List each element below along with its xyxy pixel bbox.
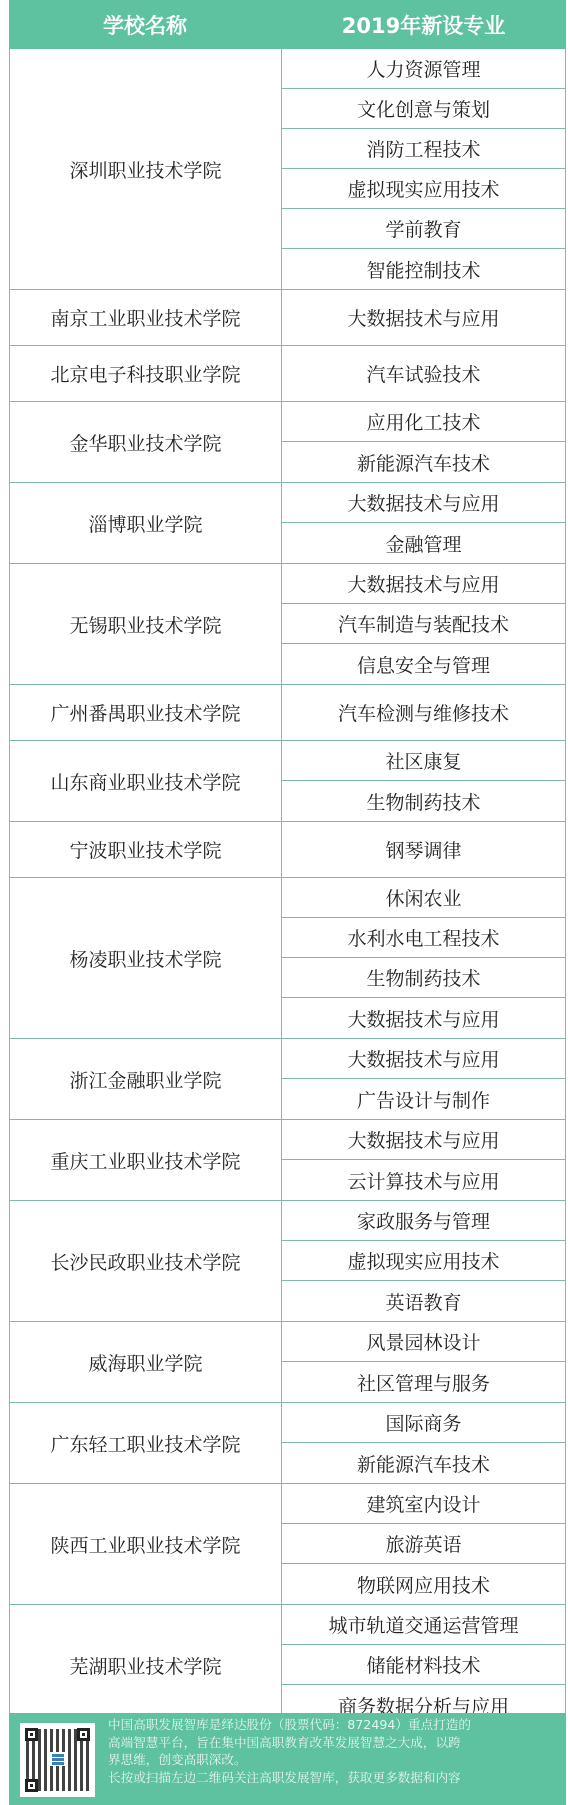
qr-finder-icon [25, 1779, 38, 1792]
school-name-cell: 长沙民政职业技术学院 [10, 1201, 282, 1321]
majors-cell-group: 钢琴调律 [282, 822, 565, 877]
qr-finder-icon [77, 1728, 90, 1741]
table-row: 广东轻工职业技术学院国际商务新能源汽车技术 [10, 1403, 565, 1484]
table-row: 杨凌职业技术学院休闲农业水利水电工程技术生物制药技术大数据技术与应用 [10, 878, 565, 1039]
header-new-majors: 2019年新设专业 [281, 0, 566, 49]
major-cell: 旅游英语 [282, 1524, 565, 1564]
major-cell: 社区管理与服务 [282, 1362, 565, 1402]
major-cell: 社区康复 [282, 741, 565, 781]
major-cell: 汽车试验技术 [282, 346, 565, 401]
major-cell: 家政服务与管理 [282, 1201, 565, 1241]
major-cell: 汽车检测与维修技术 [282, 685, 565, 740]
major-cell: 虚拟现实应用技术 [282, 169, 565, 209]
school-name-cell: 芜湖职业技术学院 [10, 1605, 282, 1725]
table-row: 浙江金融职业学院大数据技术与应用广告设计与制作 [10, 1039, 565, 1120]
footer-line: 高端智慧平台，旨在集中国高职教育改革发展智慧之大成，以跨 [108, 1734, 560, 1752]
major-cell: 消防工程技术 [282, 129, 565, 169]
school-name-cell: 无锡职业技术学院 [10, 564, 282, 684]
table-row: 芜湖职业技术学院城市轨道交通运营管理储能材料技术商务数据分析与应用 [10, 1605, 565, 1726]
table-row: 深圳职业技术学院人力资源管理文化创意与策划消防工程技术虚拟现实应用技术学前教育智… [10, 49, 565, 290]
majors-cell-group: 大数据技术与应用汽车制造与装配技术信息安全与管理 [282, 564, 565, 684]
major-cell: 大数据技术与应用 [282, 1039, 565, 1079]
table-row: 南京工业职业技术学院大数据技术与应用 [10, 290, 565, 346]
majors-cell-group: 大数据技术与应用云计算技术与应用 [282, 1120, 565, 1200]
major-cell: 储能材料技术 [282, 1645, 565, 1685]
major-cell: 云计算技术与应用 [282, 1160, 565, 1200]
major-cell: 大数据技术与应用 [282, 1120, 565, 1160]
major-cell: 生物制药技术 [282, 958, 565, 998]
table-row: 广州番禺职业技术学院汽车检测与维修技术 [10, 685, 565, 741]
majors-cell-group: 建筑室内设计旅游英语物联网应用技术 [282, 1484, 565, 1604]
majors-cell-group: 汽车试验技术 [282, 346, 565, 401]
major-cell: 建筑室内设计 [282, 1484, 565, 1524]
majors-cell-group: 应用化工技术新能源汽车技术 [282, 402, 565, 482]
school-name-cell: 广州番禺职业技术学院 [10, 685, 282, 740]
header-school-name: 学校名称 [9, 0, 281, 49]
major-cell: 休闲农业 [282, 878, 565, 918]
major-cell: 大数据技术与应用 [282, 564, 565, 604]
school-name-cell: 重庆工业职业技术学院 [10, 1120, 282, 1200]
table-row: 陕西工业职业技术学院建筑室内设计旅游英语物联网应用技术 [10, 1484, 565, 1605]
school-name-cell: 杨凌职业技术学院 [10, 878, 282, 1038]
major-cell: 文化创意与策划 [282, 89, 565, 129]
majors-cell-group: 休闲农业水利水电工程技术生物制药技术大数据技术与应用 [282, 878, 565, 1038]
major-cell: 虚拟现实应用技术 [282, 1241, 565, 1281]
majors-cell-group: 人力资源管理文化创意与策划消防工程技术虚拟现实应用技术学前教育智能控制技术 [282, 49, 565, 289]
major-cell: 英语教育 [282, 1281, 565, 1321]
majors-cell-group: 汽车检测与维修技术 [282, 685, 565, 740]
qr-code-icon[interactable] [20, 1723, 95, 1797]
majors-cell-group: 大数据技术与应用金融管理 [282, 483, 565, 563]
school-name-cell: 威海职业学院 [10, 1322, 282, 1402]
major-cell: 生物制药技术 [282, 781, 565, 821]
footer-line: 界思维，创变高职深改。 [108, 1751, 560, 1769]
major-cell: 新能源汽车技术 [282, 1443, 565, 1483]
major-cell: 信息安全与管理 [282, 644, 565, 684]
major-cell: 物联网应用技术 [282, 1564, 565, 1604]
majors-cell-group: 社区康复生物制药技术 [282, 741, 565, 821]
major-cell: 城市轨道交通运营管理 [282, 1605, 565, 1645]
table-row: 宁波职业技术学院钢琴调律 [10, 822, 565, 878]
major-cell: 新能源汽车技术 [282, 442, 565, 482]
school-name-cell: 金华职业技术学院 [10, 402, 282, 482]
majors-cell-group: 城市轨道交通运营管理储能材料技术商务数据分析与应用 [282, 1605, 565, 1725]
major-cell: 大数据技术与应用 [282, 998, 565, 1038]
major-cell: 广告设计与制作 [282, 1079, 565, 1119]
major-cell: 智能控制技术 [282, 249, 565, 289]
school-name-cell: 淄博职业学院 [10, 483, 282, 563]
majors-cell-group: 大数据技术与应用 [282, 290, 565, 345]
school-name-cell: 浙江金融职业学院 [10, 1039, 282, 1119]
footer-line: 中国高职发展智库是绎达股份（股票代码：872494）重点打造的 [108, 1716, 560, 1734]
school-name-cell: 南京工业职业技术学院 [10, 290, 282, 345]
school-name-cell: 北京电子科技职业学院 [10, 346, 282, 401]
table-row: 长沙民政职业技术学院家政服务与管理虚拟现实应用技术英语教育 [10, 1201, 565, 1322]
table-row: 淄博职业学院大数据技术与应用金融管理 [10, 483, 565, 564]
major-cell: 钢琴调律 [282, 822, 565, 877]
major-cell: 国际商务 [282, 1403, 565, 1443]
footer-description: 中国高职发展智库是绎达股份（股票代码：872494）重点打造的 高端智慧平台，旨… [108, 1716, 560, 1805]
majors-cell-group: 国际商务新能源汽车技术 [282, 1403, 565, 1483]
table-row: 山东商业职业技术学院社区康复生物制药技术 [10, 741, 565, 822]
school-name-cell: 广东轻工职业技术学院 [10, 1403, 282, 1483]
school-name-cell: 深圳职业技术学院 [10, 49, 282, 289]
major-cell: 水利水电工程技术 [282, 918, 565, 958]
majors-cell-group: 大数据技术与应用广告设计与制作 [282, 1039, 565, 1119]
footer-line: 长按或扫描左边二维码关注高职发展智库，获取更多数据和内容 [108, 1769, 560, 1787]
majors-table-page: 学校名称 2019年新设专业 深圳职业技术学院人力资源管理文化创意与策划消防工程… [9, 0, 566, 1726]
major-cell: 大数据技术与应用 [282, 290, 565, 345]
majors-cell-group: 风景园林设计社区管理与服务 [282, 1322, 565, 1402]
major-cell: 风景园林设计 [282, 1322, 565, 1362]
school-name-cell: 山东商业职业技术学院 [10, 741, 282, 821]
footer-banner: 中国高职发展智库是绎达股份（股票代码：872494）重点打造的 高端智慧平台，旨… [9, 1713, 566, 1805]
major-cell: 应用化工技术 [282, 402, 565, 442]
table-row: 无锡职业技术学院大数据技术与应用汽车制造与装配技术信息安全与管理 [10, 564, 565, 685]
table-row: 威海职业学院风景园林设计社区管理与服务 [10, 1322, 565, 1403]
school-name-cell: 宁波职业技术学院 [10, 822, 282, 877]
majors-cell-group: 家政服务与管理虚拟现实应用技术英语教育 [282, 1201, 565, 1321]
table-row: 北京电子科技职业学院汽车试验技术 [10, 346, 565, 402]
table-header: 学校名称 2019年新设专业 [9, 0, 566, 49]
school-name-cell: 陕西工业职业技术学院 [10, 1484, 282, 1604]
major-cell: 金融管理 [282, 523, 565, 563]
major-cell: 大数据技术与应用 [282, 483, 565, 523]
book-logo-icon [50, 1752, 66, 1766]
table-row: 金华职业技术学院应用化工技术新能源汽车技术 [10, 402, 565, 483]
major-cell: 汽车制造与装配技术 [282, 604, 565, 644]
major-cell: 学前教育 [282, 209, 565, 249]
major-cell: 人力资源管理 [282, 49, 565, 89]
qr-finder-icon [25, 1728, 38, 1741]
table-row: 重庆工业职业技术学院大数据技术与应用云计算技术与应用 [10, 1120, 565, 1201]
table-body: 深圳职业技术学院人力资源管理文化创意与策划消防工程技术虚拟现实应用技术学前教育智… [9, 49, 566, 1726]
